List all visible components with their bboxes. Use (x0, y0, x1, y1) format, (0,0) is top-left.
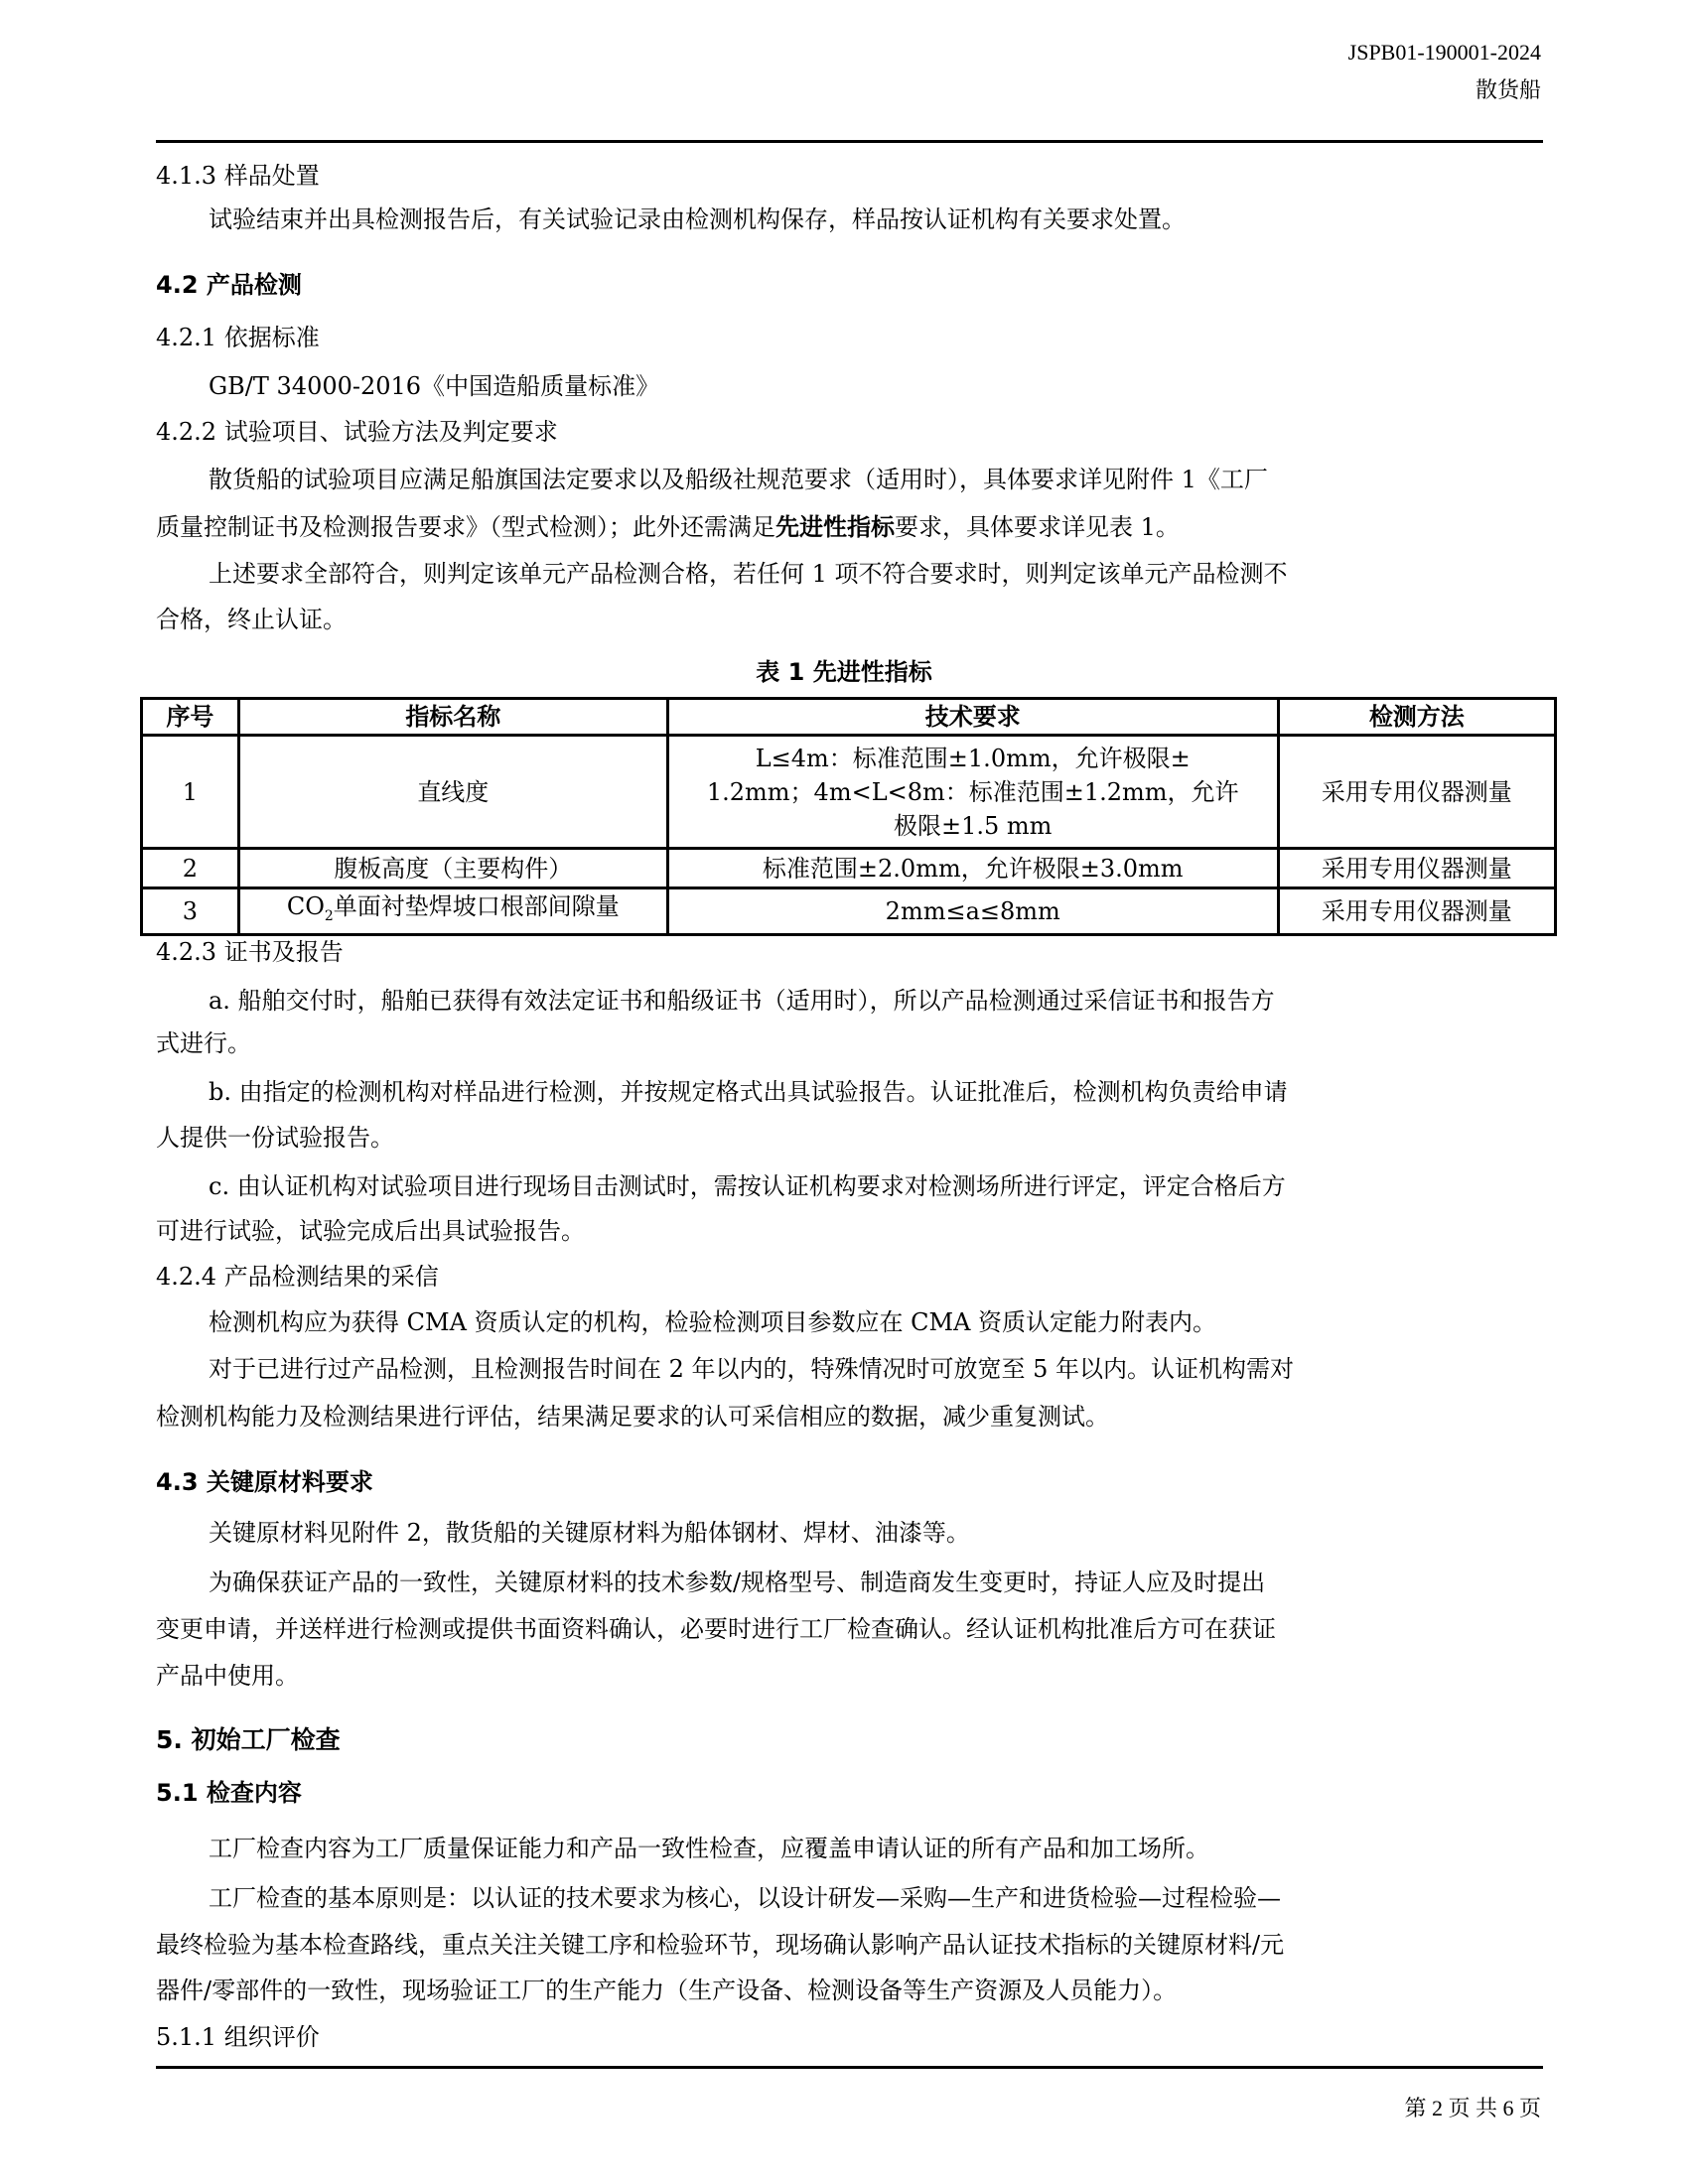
paragraph: 式进行。 (156, 1026, 251, 1060)
heading-4-1-3: 4.1.3 样品处置 (156, 159, 320, 193)
heading-4-2-3: 4.2.3 证书及报告 (156, 935, 344, 969)
paragraph: 检测机构能力及检测结果进行评估，结果满足要求的认可采信相应的数据，减少重复测试。 (156, 1400, 1109, 1433)
paragraph: c. 由认证机构对试验项目进行现场目击测试时，需按认证机构要求对检测场所进行评定… (209, 1169, 1286, 1203)
paragraph: 对于已进行过产品检测，且检测报告时间在 2 年以内的，特殊情况时可放宽至 5 年… (209, 1352, 1294, 1386)
doc-subject: 散货船 (1476, 73, 1541, 104)
cell-req: L≤4m：标准范围±1.0mm，允许极限± 1.2mm；4m<L<8m：标准范围… (667, 736, 1278, 849)
col-header: 序号 (142, 699, 239, 736)
cell-method: 采用专用仪器测量 (1278, 849, 1555, 888)
col-header: 检测方法 (1278, 699, 1555, 736)
paragraph: b. 由指定的检测机构对样品进行检测，并按规定格式出具试验报告。认证批准后，检测… (209, 1075, 1288, 1109)
paragraph: a. 船舶交付时，船舶已获得有效法定证书和船级证书（适用时），所以产品检测通过采… (209, 984, 1275, 1018)
cell-no: 1 (142, 736, 239, 849)
page-number: 第 2 页 共 6 页 (1404, 2092, 1541, 2122)
req-line: 极限±1.5 mm (673, 809, 1273, 843)
text-span: 单面衬垫焊坡口根部间隙量 (334, 892, 620, 920)
table-row: 2 腹板高度（主要构件） 标准范围±2.0mm，允许极限±3.0mm 采用专用仪… (142, 849, 1556, 888)
heading-4-2: 4.2 产品检测 (156, 268, 302, 302)
paragraph: GB/T 34000-2016《中国造船质量标准》 (209, 369, 659, 403)
cell-name: 腹板高度（主要构件） (238, 849, 667, 888)
paragraph: 器件/零部件的一致性，现场验证工厂的生产能力（生产设备、检测设备等生产资源及人员… (156, 1974, 1177, 2007)
header-rule (156, 140, 1543, 143)
paragraph: 关键原材料见附件 2，散货船的关键原材料为船体钢材、焊材、油漆等。 (209, 1516, 970, 1550)
paragraph: 工厂检查内容为工厂质量保证能力和产品一致性检查，应覆盖申请认证的所有产品和加工场… (209, 1832, 1209, 1865)
highlight-text: 先进性指标 (775, 513, 895, 541)
col-header: 技术要求 (667, 699, 1278, 736)
paragraph: 产品中使用。 (156, 1659, 299, 1693)
paragraph: 为确保获证产品的一致性，关键原材料的技术参数/规格型号、制造商发生变更时，持证人… (209, 1566, 1265, 1599)
advanced-indicators-table: 序号 指标名称 技术要求 检测方法 1 直线度 L≤4m：标准范围±1.0mm，… (140, 697, 1557, 936)
paragraph: 人提供一份试验报告。 (156, 1121, 394, 1155)
table-caption: 表 1 先进性指标 (0, 655, 1688, 689)
text-span: 要求，具体要求详见表 1。 (895, 513, 1180, 541)
heading-5-1-1: 5.1.1 组织评价 (156, 2020, 320, 2054)
heading-4-2-4: 4.2.4 产品检测结果的采信 (156, 1260, 439, 1294)
heading-5: 5. 初始工厂检查 (156, 1723, 341, 1757)
cell-req: 2mm≤a≤8mm (667, 888, 1278, 935)
paragraph: 散货船的试验项目应满足船旗国法定要求以及船级社规范要求（适用时），具体要求详见附… (209, 463, 1268, 496)
cell-no: 3 (142, 888, 239, 935)
heading-5-1: 5.1 检查内容 (156, 1776, 302, 1810)
cell-no: 2 (142, 849, 239, 888)
paragraph: 检测机构应为获得 CMA 资质认定的机构，检验检测项目参数应在 CMA 资质认定… (209, 1305, 1216, 1339)
text-span: CO (287, 892, 325, 920)
paragraph: 上述要求全部符合，则判定该单元产品检测合格，若任何 1 项不符合要求时，则判定该… (209, 557, 1288, 591)
doc-code: JSPB01-190001-2024 (1348, 40, 1541, 66)
text-span: 质量控制证书及检测报告要求》（型式检测）；此外还需满足 (156, 513, 775, 541)
cell-method: 采用专用仪器测量 (1278, 888, 1555, 935)
paragraph: 试验结束并出具检测报告后，有关试验记录由检测机构保存，样品按认证机构有关要求处置… (209, 203, 1186, 236)
paragraph: 合格，终止认证。 (156, 603, 347, 636)
cell-req: 标准范围±2.0mm，允许极限±3.0mm (667, 849, 1278, 888)
paragraph: 质量控制证书及检测报告要求》（型式检测）；此外还需满足先进性指标要求，具体要求详… (156, 510, 1180, 544)
table-header-row: 序号 指标名称 技术要求 检测方法 (142, 699, 1556, 736)
paragraph: 最终检验为基本检查路线，重点关注关键工序和检验环节，现场确认影响产品认证技术指标… (156, 1928, 1284, 1962)
req-line: L≤4m：标准范围±1.0mm，允许极限± (673, 742, 1273, 775)
paragraph: 变更申请，并送样进行检测或提供书面资料确认，必要时进行工厂检查确认。经认证机构批… (156, 1612, 1276, 1646)
subscript: 2 (325, 908, 334, 924)
cell-name: 直线度 (238, 736, 667, 849)
req-line: 1.2mm；4m<L<8m：标准范围±1.2mm，允许 (673, 775, 1273, 809)
table-row: 1 直线度 L≤4m：标准范围±1.0mm，允许极限± 1.2mm；4m<L<8… (142, 736, 1556, 849)
heading-4-2-2: 4.2.2 试验项目、试验方法及判定要求 (156, 415, 558, 449)
heading-4-3: 4.3 关键原材料要求 (156, 1465, 373, 1499)
col-header: 指标名称 (238, 699, 667, 736)
table-row: 3 CO2单面衬垫焊坡口根部间隙量 2mm≤a≤8mm 采用专用仪器测量 (142, 888, 1556, 935)
heading-4-2-1: 4.2.1 依据标准 (156, 321, 320, 354)
paragraph: 工厂检查的基本原则是：以认证的技术要求为核心，以设计研发—采购—生产和进货检验—… (209, 1881, 1281, 1915)
cell-method: 采用专用仪器测量 (1278, 736, 1555, 849)
paragraph: 可进行试验，试验完成后出具试验报告。 (156, 1214, 585, 1248)
footer-rule (156, 2066, 1543, 2069)
cell-name: CO2单面衬垫焊坡口根部间隙量 (238, 888, 667, 935)
